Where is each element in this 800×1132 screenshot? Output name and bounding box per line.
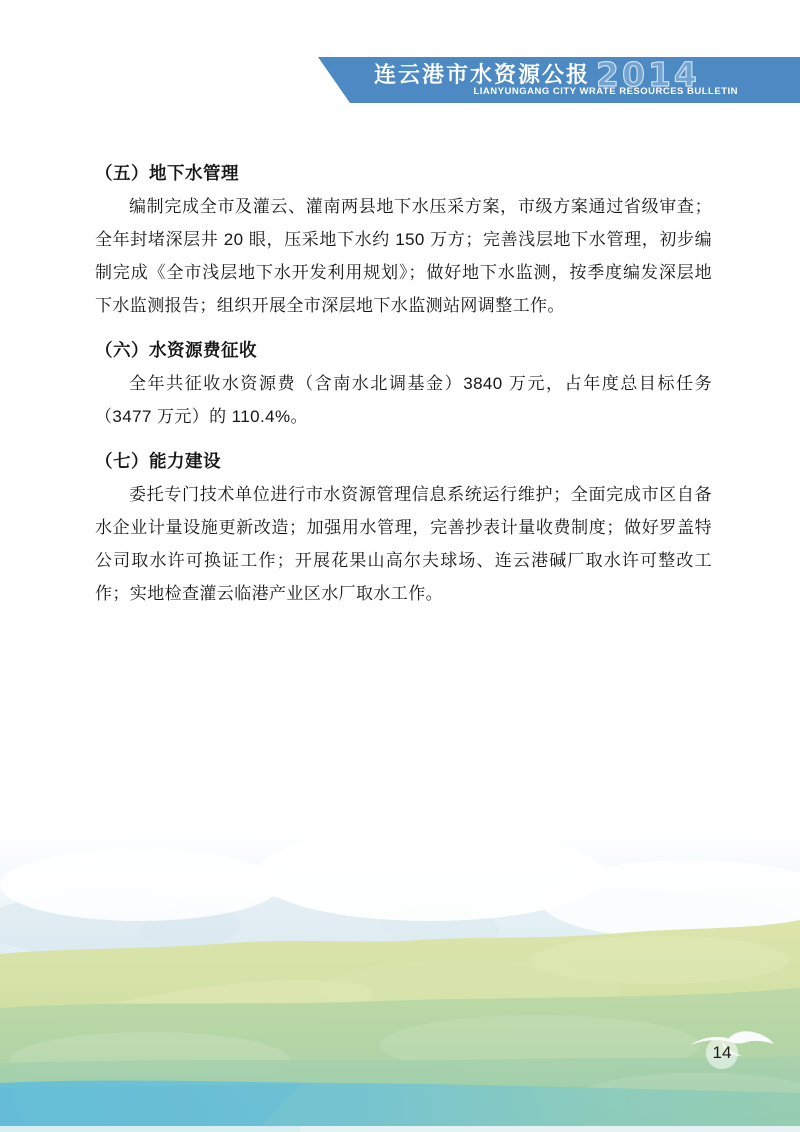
document-body: （五）地下水管理 编制完成全市及灌云、灌南两县地下水压采方案，市级方案通过省级审…	[95, 145, 712, 610]
section-capacity-building: （七）能力建设 委托专门技术单位进行市水资源管理信息系统运行维护；全面完成市区自…	[95, 445, 712, 610]
section-heading: （五）地下水管理	[95, 157, 712, 190]
watercolor-footer	[0, 830, 800, 1132]
page-number: 14	[713, 1043, 732, 1063]
section-paragraph: 编制完成全市及灌云、灌南两县地下水压采方案，市级方案通过省级审查；全年封堵深层井…	[95, 190, 712, 322]
section-paragraph: 委托专门技术单位进行市水资源管理信息系统运行维护；全面完成市区自备水企业计量设施…	[95, 478, 712, 610]
section-groundwater-management: （五）地下水管理 编制完成全市及灌云、灌南两县地下水压采方案，市级方案通过省级审…	[95, 157, 712, 322]
bulletin-subtitle: LIANYUNGANG CITY WRATE RESOURCES BULLETI…	[473, 86, 738, 97]
section-heading: （六）水资源费征收	[95, 334, 712, 367]
section-water-resource-fee: （六）水资源费征收 全年共征收水资源费（含南水北调基金）3840 万元，占年度总…	[95, 334, 712, 433]
document-page: 连云港市水资源公报 2014 LIANYUNGANG CITY WRATE RE…	[0, 0, 800, 1132]
header-banner: 连云港市水资源公报 2014 LIANYUNGANG CITY WRATE RE…	[318, 57, 800, 103]
section-heading: （七）能力建设	[95, 445, 712, 478]
section-paragraph: 全年共征收水资源费（含南水北调基金）3840 万元，占年度总目标任务（3477 …	[95, 367, 712, 433]
page-number-badge: 14	[706, 1037, 738, 1069]
watercolor-landscape	[0, 830, 800, 1132]
